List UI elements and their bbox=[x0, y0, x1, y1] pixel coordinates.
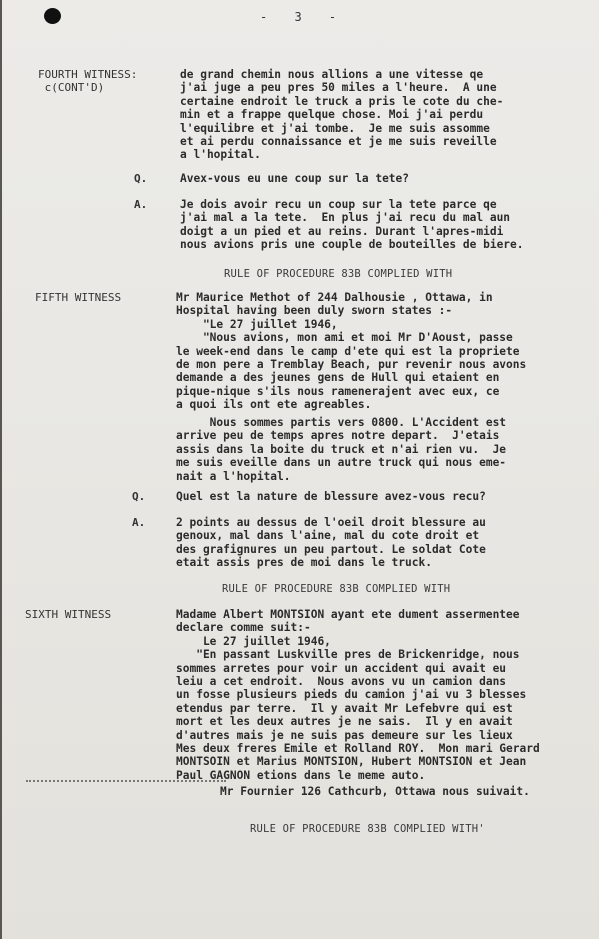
follow-text: Mr Fournier 126 Cathcurb, Ottawa nous su… bbox=[220, 785, 530, 798]
fifth-witness-label: FIFTH WITNESS bbox=[35, 291, 121, 304]
answer-text: 2 points au dessus de l'oeil droit bless… bbox=[176, 516, 486, 570]
question-text: Quel est la nature de blessure avez-vous… bbox=[176, 490, 486, 503]
dotted-line bbox=[26, 780, 226, 783]
q-marker: Q. bbox=[132, 490, 145, 503]
a-marker: A. bbox=[134, 198, 147, 211]
q-marker: Q. bbox=[134, 172, 147, 185]
fourth-witness-text: de grand chemin nous allions a une vites… bbox=[180, 68, 503, 162]
fifth-witness-intro: Mr Maurice Methot of 244 Dalhousie , Ott… bbox=[176, 291, 526, 412]
document-page: - 3 - FOURTH WITNESS: c(CONT'D) de grand… bbox=[0, 0, 599, 939]
a-marker: A. bbox=[132, 516, 145, 529]
answer-text: Je dois avoir recu un coup sur la tete p… bbox=[180, 198, 524, 252]
fourth-witness-label: FOURTH WITNESS: c(CONT'D) bbox=[38, 68, 137, 94]
rule-statement: RULE OF PROCEDURE 83B COMPLIED WITH bbox=[224, 268, 452, 280]
punch-hole bbox=[44, 8, 61, 24]
rule-statement: RULE OF PROCEDURE 83B COMPLIED WITH bbox=[222, 583, 450, 595]
question-text: Avex-vous eu une coup sur la tete? bbox=[180, 172, 409, 185]
sixth-witness-text: Madame Albert MONTSION ayant ete dument … bbox=[176, 608, 540, 782]
page-number: - 3 - bbox=[260, 10, 346, 24]
rule-statement: RULE OF PROCEDURE 83B COMPLIED WITH' bbox=[250, 823, 485, 835]
sixth-witness-label: SIXTH WITNESS bbox=[25, 608, 111, 621]
fifth-witness-para2: Nous sommes partis vers 0800. L'Accident… bbox=[176, 416, 506, 483]
